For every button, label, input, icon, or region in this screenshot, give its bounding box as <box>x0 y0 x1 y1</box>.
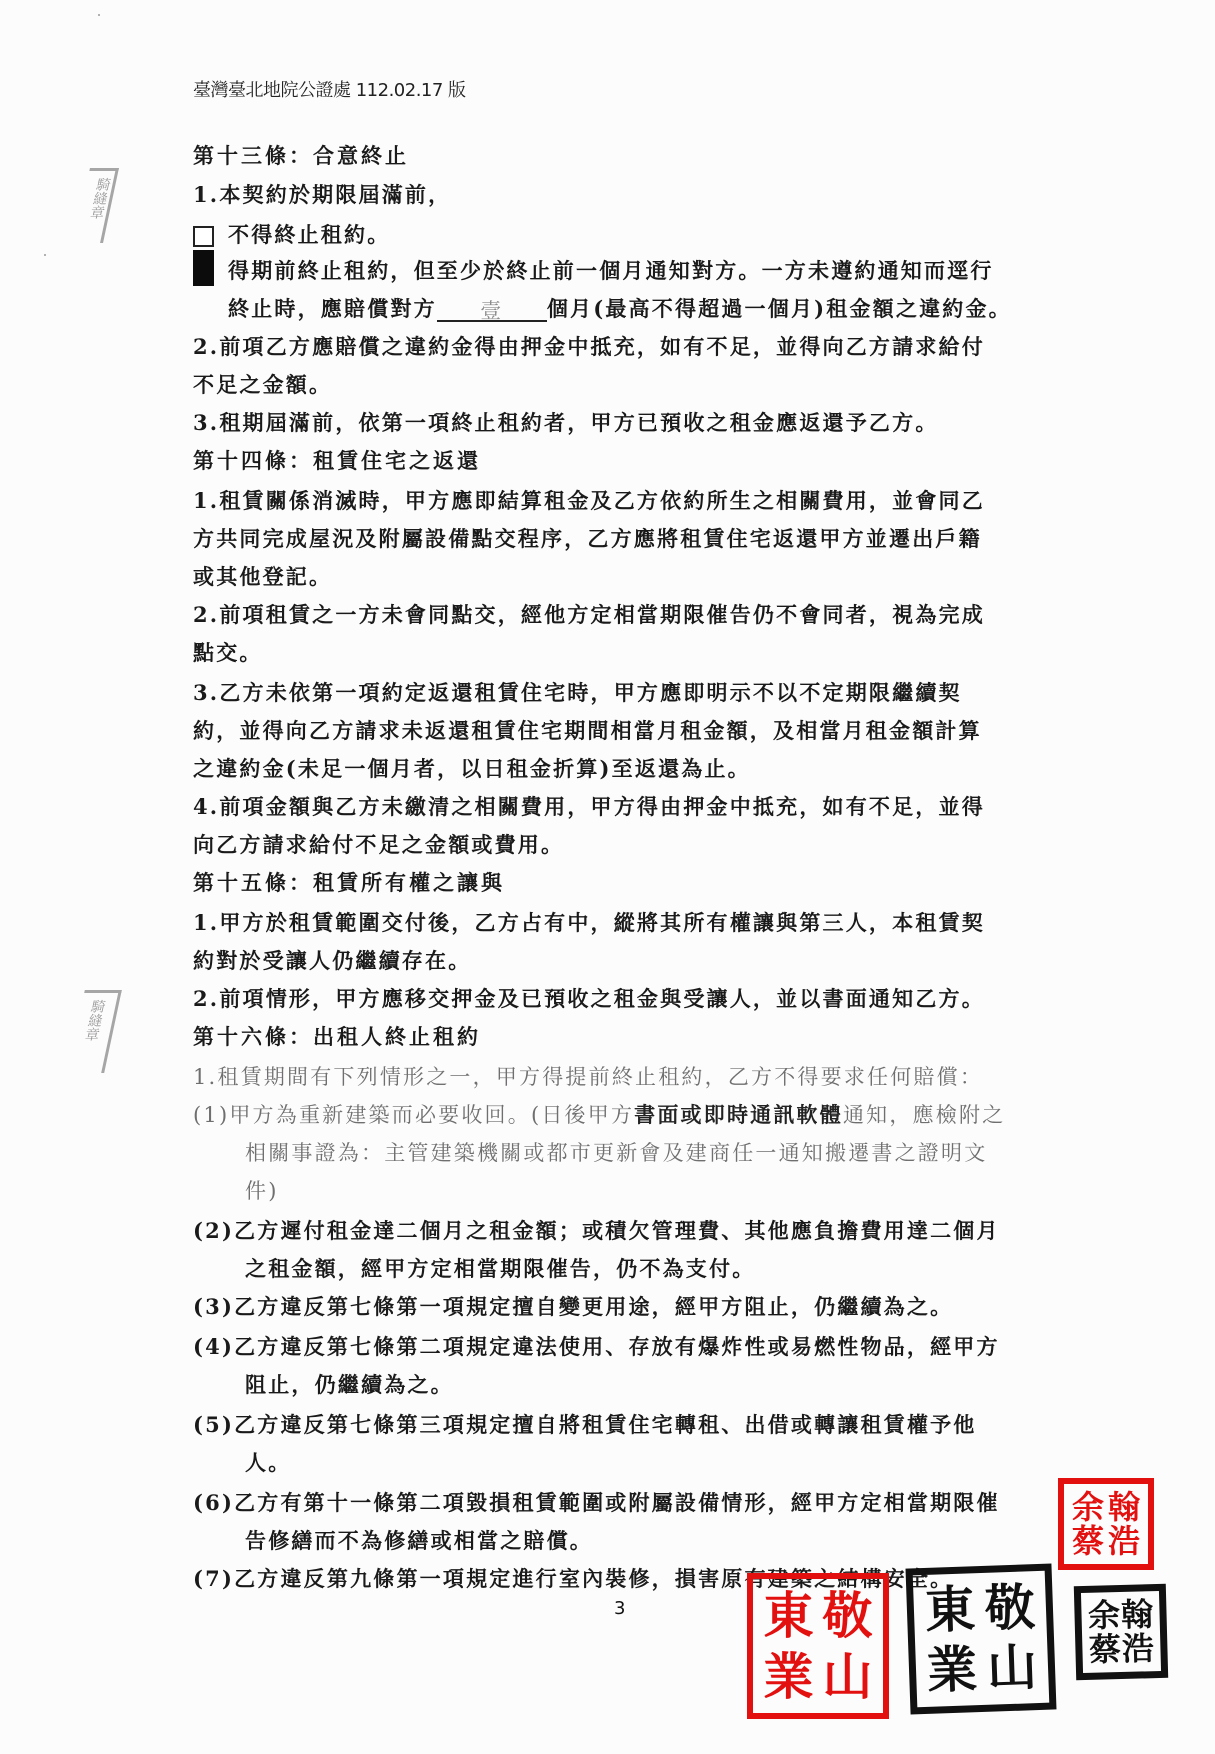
article-16-sub-1-line1: (1)甲方為重新建築而必要收回。(日後甲方書面或即時通訊軟體通知，應檢附之 <box>193 1102 1005 1128</box>
article-15-item-1-line2: 約對於受讓人仍繼續存在。 <box>193 948 471 974</box>
article-15-item-1-line1: 1.甲方於租賃範圍交付後，乙方占有中，縱將其所有權讓與第三人，本租賃契 <box>193 910 985 936</box>
article-15-item-2: 2.前項情形，甲方應移交押金及已預收之租金與受讓人，並以書面通知乙方。 <box>193 986 985 1012</box>
article-14-title: 第十四條：租賃住宅之返還 <box>193 448 481 474</box>
article-13-item-2-line1: 2.前項乙方應賠償之違約金得由押金中抵充，如有不足，並得向乙方請求給付 <box>193 334 985 360</box>
seal-char: 敬 <box>984 1582 1036 1634</box>
checkbox-unchecked[interactable] <box>193 226 214 247</box>
article-13-item-2-line2: 不足之金額。 <box>193 372 332 398</box>
article-16-sub-6-line2: 告修繕而不為修繕或相當之賠償。 <box>245 1528 593 1554</box>
article-14-item-4-line2: 向乙方請求給付不足之金額或費用。 <box>193 832 564 858</box>
sub-1-text-b: 通知，應檢附之 <box>843 1103 1005 1127</box>
scan-speck <box>98 14 100 16</box>
margin-seam-text: 騎縫章 <box>85 177 114 219</box>
seal-char: 山 <box>986 1642 1038 1694</box>
article-13-item-1: 1.本契約於期限屆滿前， <box>193 182 451 208</box>
seal-char: 業 <box>764 1652 814 1702</box>
seal-char: 山 <box>823 1652 873 1702</box>
article-16-sub-4-line1: (4)乙方違反第七條第二項規定違法使用、存放有爆炸性或易燃性物品，經甲方 <box>193 1334 1000 1360</box>
checkbox-checked[interactable] <box>193 250 214 286</box>
seal-char: 翰 <box>1108 1491 1140 1523</box>
document-header: 臺灣臺北地院公證處 112.02.17 版 <box>193 76 466 102</box>
seal-char: 東 <box>764 1591 814 1641</box>
blank-underline <box>437 298 475 322</box>
article-16-sub-2-line1: (2)乙方遲付租金達二個月之租金額；或積欠管理費、其他應負擔費用達二個月 <box>193 1218 1000 1244</box>
article-14-item-2-line1: 2.前項租賃之一方未會同點交，經他方定相當期限催告仍不會同者，視為完成 <box>193 602 985 628</box>
penalty-suffix: 個月(最高不得超過一個月)租金額之違約金。 <box>547 296 1012 321</box>
article-16-sub-5-line2: 人。 <box>245 1450 291 1476</box>
article-16-sub-5-line1: (5)乙方違反第七條第三項規定擅自將租賃住宅轉租、出借或轉讓租賃權予他 <box>193 1412 976 1438</box>
sub-1-bold-text: 書面或即時通訊軟體 <box>634 1102 843 1127</box>
seal-char: 翰 <box>1121 1598 1154 1631</box>
article-14-item-1-line3: 或其他登記。 <box>193 564 332 590</box>
article-16-item-1: 1.租賃期間有下列情形之一，甲方得提前終止租約，乙方不得要求任何賠償： <box>193 1064 983 1090</box>
large-red-seal-stamp: 東 敬 業 山 <box>747 1573 889 1719</box>
seal-char: 蔡 <box>1072 1525 1104 1557</box>
small-red-seal-stamp: 余 翰 蔡 浩 <box>1058 1478 1154 1570</box>
seal-char: 浩 <box>1108 1525 1140 1557</box>
article-16-sub-1-line3: 件) <box>245 1178 279 1204</box>
article-13-item-3: 3.租期屆滿前，依第一項終止租約者，甲方已預收之租金應返還予乙方。 <box>193 410 939 436</box>
article-13-title: 第十三條：合意終止 <box>193 143 409 169</box>
article-16-sub-1-line2: 相關事證為：主管建築機關或都市更新會及建商任一通知搬遷書之證明文 <box>245 1140 987 1166</box>
article-14-item-1-line1: 1.租賃關係消滅時，甲方應即結算租金及乙方依約所生之相關費用，並會同乙 <box>193 488 985 514</box>
article-16-title: 第十六條：出租人終止租約 <box>193 1024 481 1050</box>
margin-seam-text: 騎縫章 <box>80 999 109 1041</box>
option-early-termination-line2: 終止時，應賠償對方壹個月(最高不得超過一個月)租金額之違約金。 <box>228 296 1012 322</box>
blank-underline <box>509 298 547 322</box>
months-value: 壹 <box>475 298 509 322</box>
article-16-sub-3: (3)乙方違反第七條第一項規定擅自變更用途，經甲方阻止，仍繼續為之。 <box>193 1294 953 1320</box>
penalty-prefix: 終止時，應賠償對方 <box>228 296 437 321</box>
article-16-sub-6-line1: (6)乙方有第十一條第二項毀損租賃範圍或附屬設備情形，經甲方定相當期限催 <box>193 1490 1000 1516</box>
article-14-item-4-line1: 4.前項金額與乙方未繳清之相關費用，甲方得由押金中抵充，如有不足，並得 <box>193 794 985 820</box>
article-16-sub-2-line2: 之租金額，經甲方定相當期限催告，仍不為支付。 <box>245 1256 755 1282</box>
seal-char: 東 <box>924 1584 976 1636</box>
seal-char: 敬 <box>823 1591 873 1641</box>
seal-char: 浩 <box>1122 1632 1155 1665</box>
article-14-item-3-line1: 3.乙方未依第一項約定返還租賃住宅時，甲方應即明示不以不定期限繼續契 <box>193 680 962 706</box>
article-14-item-1-line2: 方共同完成屋況及附屬設備點交程序，乙方應將租賃住宅返還甲方並遷出戶籍 <box>193 526 982 552</box>
page-number: 3 <box>614 1598 625 1619</box>
margin-seam-stamp-mark: 騎縫章 <box>74 168 119 243</box>
seal-char: 蔡 <box>1089 1633 1122 1666</box>
seal-char: 余 <box>1088 1599 1121 1632</box>
option-early-termination-line1: 得期前終止租約，但至少於終止前一個月通知對方。一方未遵約通知而逕行 <box>228 258 994 284</box>
option-no-termination: 不得終止租約。 <box>228 222 390 248</box>
seal-char: 業 <box>926 1644 978 1696</box>
large-black-seal-stamp: 東 敬 業 山 <box>905 1563 1056 1714</box>
sub-1-text-a: (1)甲方為重新建築而必要收回。(日後甲方 <box>193 1103 634 1127</box>
article-14-item-3-line2: 約，並得向乙方請求未返還租賃住宅期間相當月租金額，及相當月租金額計算 <box>193 718 982 744</box>
small-black-seal-stamp: 余 翰 蔡 浩 <box>1074 1584 1168 1680</box>
article-15-title: 第十五條：租賃所有權之讓與 <box>193 870 505 896</box>
article-14-item-3-line3: 之違約金(未足一個月者，以日租金折算)至返還為止。 <box>193 756 751 782</box>
margin-seam-stamp-mark: 騎縫章 <box>67 990 122 1073</box>
article-16-sub-4-line2: 阻止，仍繼續為之。 <box>245 1372 454 1398</box>
seal-char: 余 <box>1072 1491 1104 1523</box>
scan-speck <box>44 254 46 256</box>
article-14-item-2-line2: 點交。 <box>193 640 263 666</box>
